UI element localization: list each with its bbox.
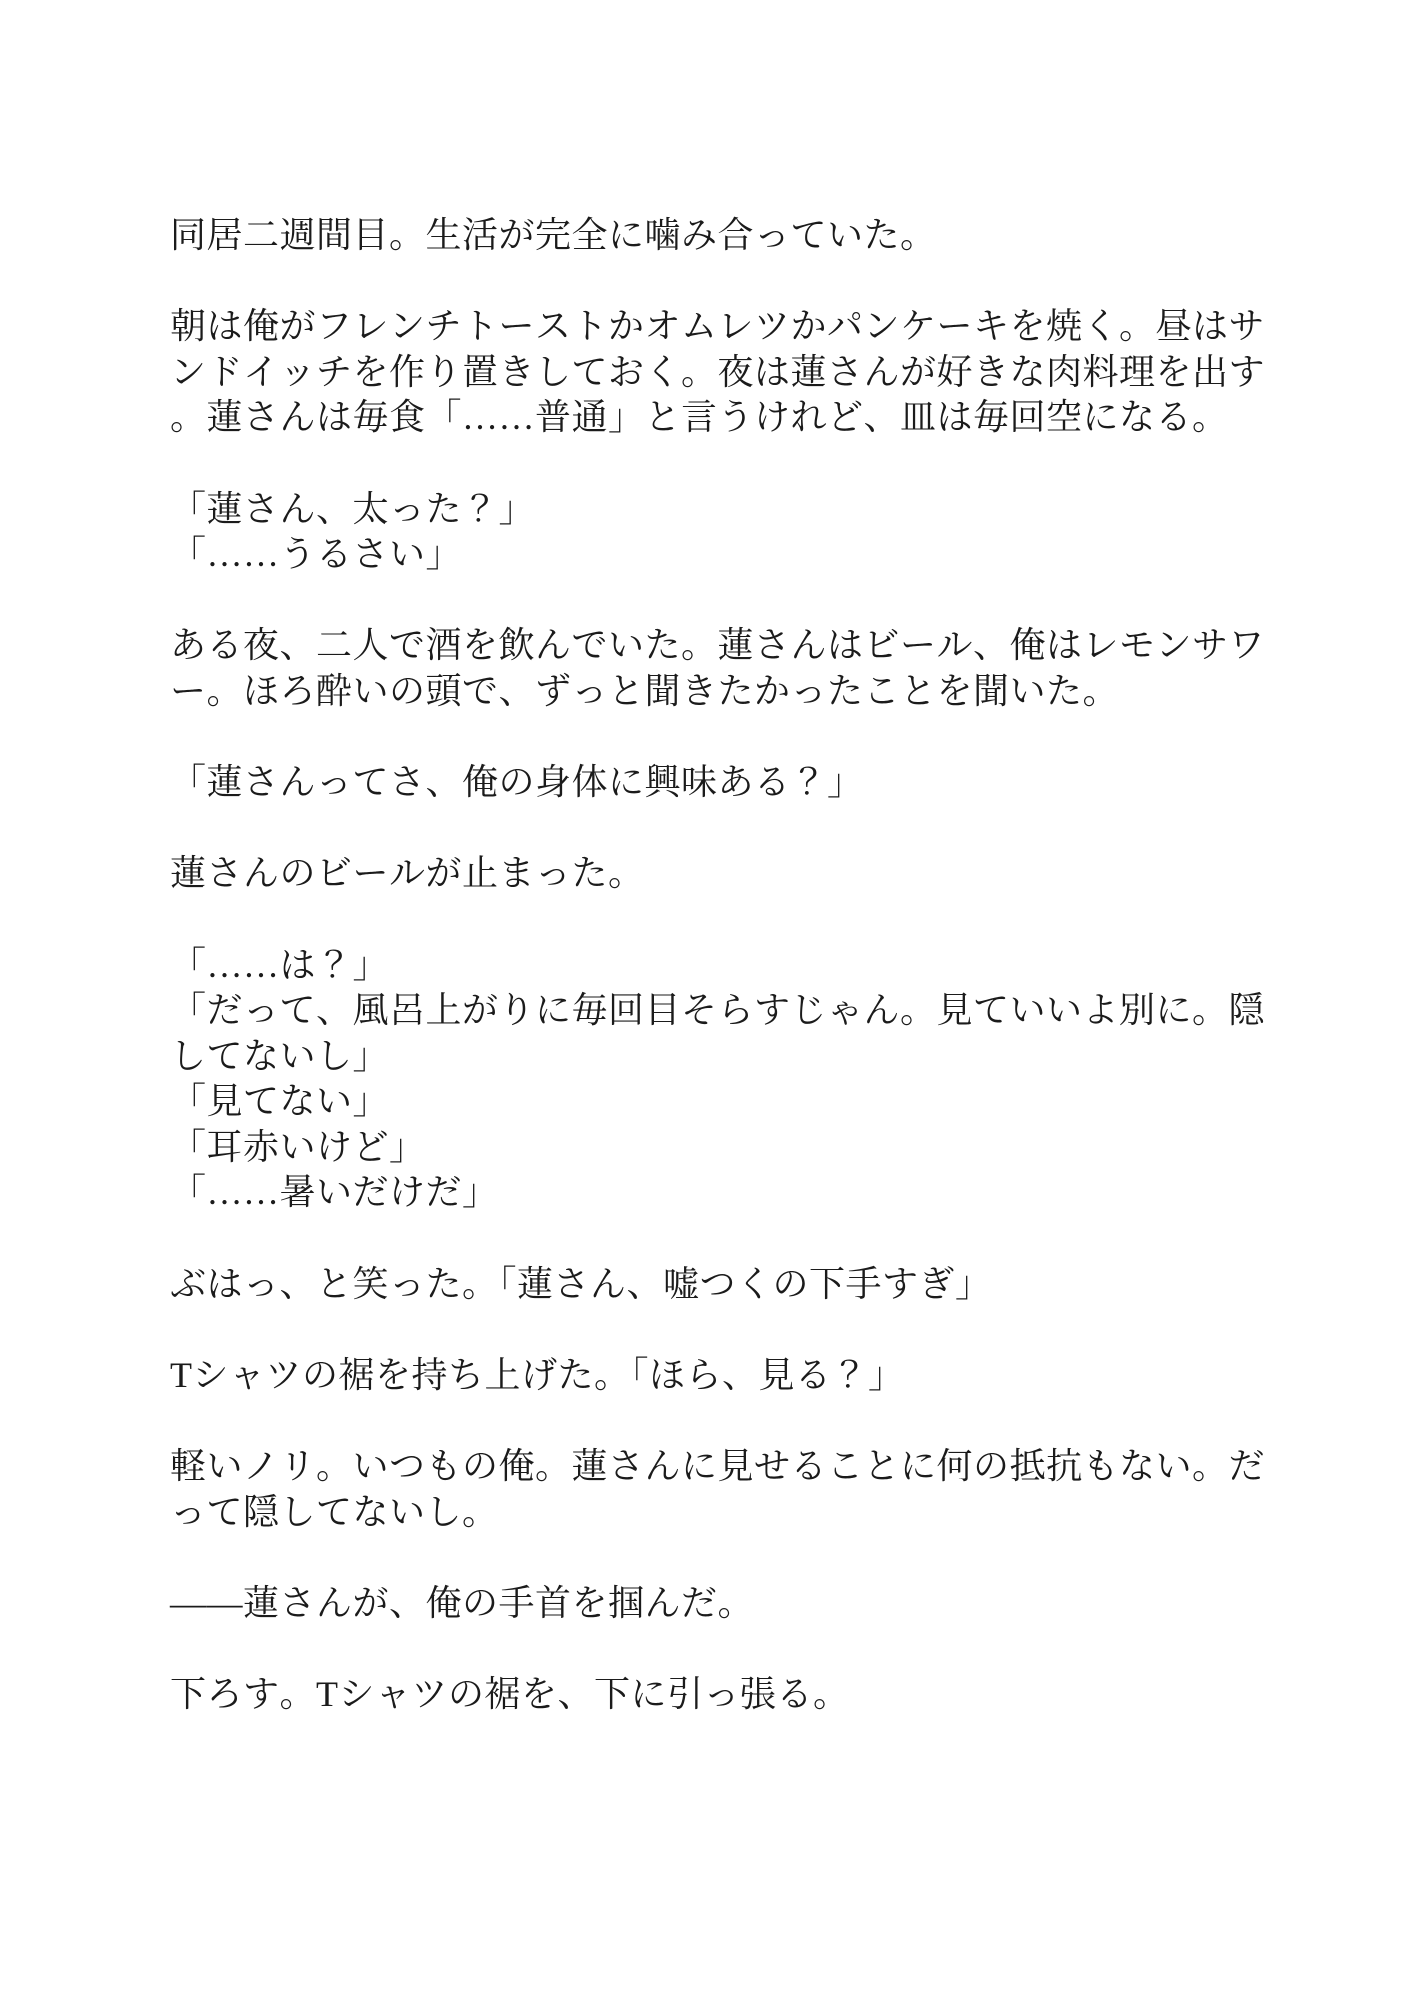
paragraph: Tシャツの裾を持ち上げた。「ほら、見る？」 xyxy=(170,1353,1280,1399)
text-line: 朝は俺がフレンチトーストかオムレツかパンケーキを焼く。昼はサ xyxy=(170,304,1280,350)
text-line: 下ろす。Tシャツの裾を、下に引っ張る。 xyxy=(170,1672,1280,1718)
paragraph: 「……は？」「だって、風呂上がりに毎回目そらすじゃん。見ていいよ別に。隠してない… xyxy=(170,943,1280,1217)
paragraph: 朝は俺がフレンチトーストかオムレツかパンケーキを焼く。昼はサンドイッチを作り置き… xyxy=(170,304,1280,441)
text-line: 軽いノリ。いつもの俺。蓮さんに見せることに何の抵抗もない。だ xyxy=(170,1444,1280,1490)
paragraph: 「蓮さんってさ、俺の身体に興味ある？」 xyxy=(170,760,1280,806)
paragraph: ――蓮さんが、俺の手首を掴んだ。 xyxy=(170,1581,1280,1627)
text-line: 「……は？」 xyxy=(170,943,1280,989)
text-line: 蓮さんのビールが止まった。 xyxy=(170,851,1280,897)
text-line: ー。ほろ酔いの頭で、ずっと聞きたかったことを聞いた。 xyxy=(170,669,1280,715)
paragraph: 同居二週間目。生活が完全に噛み合っていた。 xyxy=(170,213,1280,259)
text-line: 「見てない」 xyxy=(170,1079,1280,1125)
paragraph: 下ろす。Tシャツの裾を、下に引っ張る。 xyxy=(170,1672,1280,1718)
text-line: ある夜、二人で酒を飲んでいた。蓮さんはビール、俺はレモンサワ xyxy=(170,623,1280,669)
text-line: 。蓮さんは毎食「……普通」と言うけれど、皿は毎回空になる。 xyxy=(170,395,1280,441)
text-line: ンドイッチを作り置きしておく。夜は蓮さんが好きな肉料理を出す xyxy=(170,350,1280,396)
text-line: 「……うるさい」 xyxy=(170,532,1280,578)
text-line: 「蓮さん、太った？」 xyxy=(170,487,1280,533)
text-line: ――蓮さんが、俺の手首を掴んだ。 xyxy=(170,1581,1280,1627)
text-area: 同居二週間目。生活が完全に噛み合っていた。朝は俺がフレンチトーストかオムレツかパ… xyxy=(170,213,1280,1718)
document-page: 同居二週間目。生活が完全に噛み合っていた。朝は俺がフレンチトーストかオムレツかパ… xyxy=(0,0,1415,2000)
text-line: してないし」 xyxy=(170,1034,1280,1080)
text-line: ぶはっ、と笑った。「蓮さん、嘘つくの下手すぎ」 xyxy=(170,1262,1280,1308)
text-line: 同居二週間目。生活が完全に噛み合っていた。 xyxy=(170,213,1280,259)
paragraph: 軽いノリ。いつもの俺。蓮さんに見せることに何の抵抗もない。だって隠してないし。 xyxy=(170,1444,1280,1535)
paragraph: 「蓮さん、太った？」「……うるさい」 xyxy=(170,487,1280,578)
text-line: って隠してないし。 xyxy=(170,1490,1280,1536)
paragraph: ある夜、二人で酒を飲んでいた。蓮さんはビール、俺はレモンサワー。ほろ酔いの頭で、… xyxy=(170,623,1280,714)
text-line: 「蓮さんってさ、俺の身体に興味ある？」 xyxy=(170,760,1280,806)
text-line: Tシャツの裾を持ち上げた。「ほら、見る？」 xyxy=(170,1353,1280,1399)
paragraph: 蓮さんのビールが止まった。 xyxy=(170,851,1280,897)
text-line: 「だって、風呂上がりに毎回目そらすじゃん。見ていいよ別に。隠 xyxy=(170,988,1280,1034)
text-line: 「耳赤いけど」 xyxy=(170,1125,1280,1171)
paragraph: ぶはっ、と笑った。「蓮さん、嘘つくの下手すぎ」 xyxy=(170,1262,1280,1308)
text-line: 「……暑いだけだ」 xyxy=(170,1170,1280,1216)
